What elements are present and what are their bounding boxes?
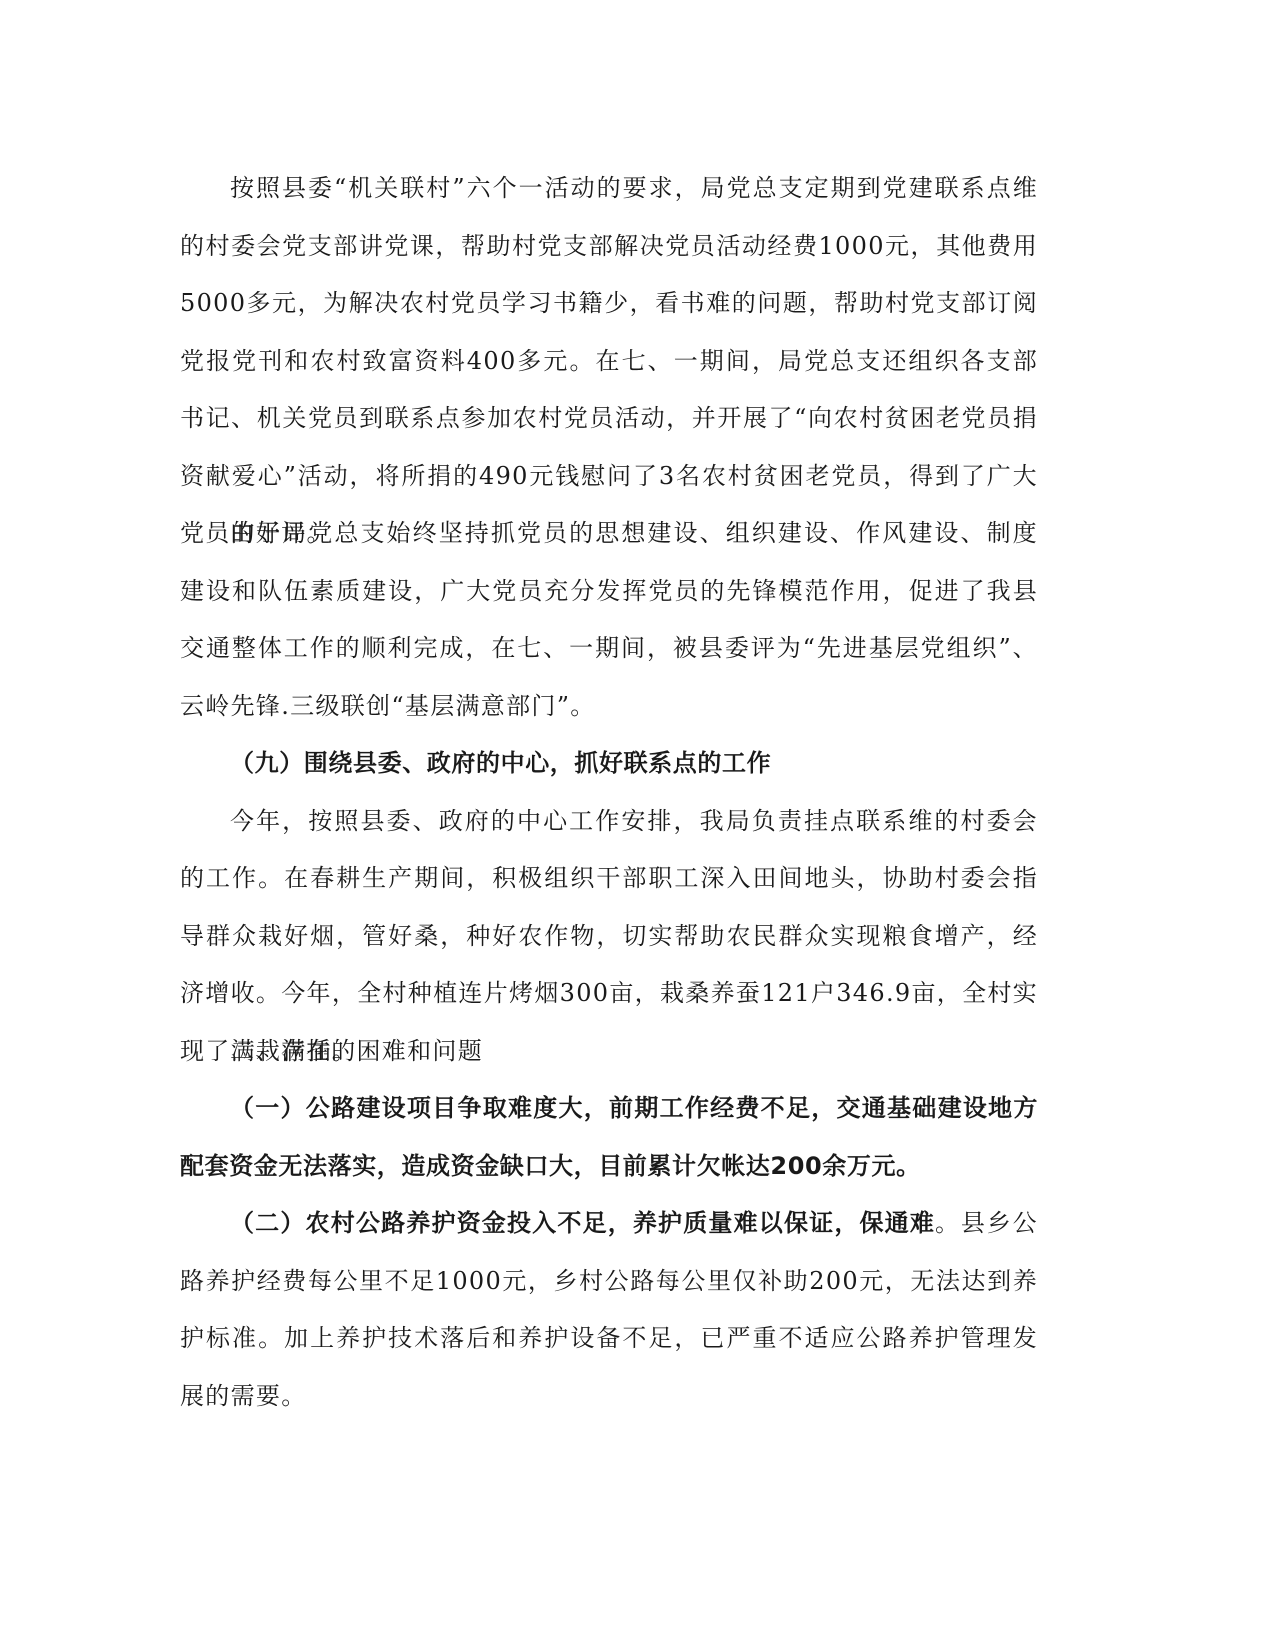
paragraph-liaison-village-work: 今年，按照县委、政府的中心工作安排，我局负责挂点联系维的村委会的工作。在春耕生产… — [180, 793, 1038, 1023]
issue-two-body: 。县乡公路养护经费每公里不足1000元，乡村公路每公里仅补助200元，无法达到养… — [180, 1209, 1038, 1410]
section-heading-difficulties: 二、存在的困难和问题 — [180, 1023, 1038, 1081]
paragraph-issue-two-maintenance: （二）农村公路养护资金投入不足，养护质量难以保证，保通难。县乡公路养护经费每公里… — [180, 1195, 1038, 1425]
paragraph-party-construction-results: 由于局党总支始终坚持抓党员的思想建设、组织建设、作风建设、制度建设和队伍素质建设… — [180, 505, 1038, 735]
section-heading-nine: （九）围绕县委、政府的中心，抓好联系点的工作 — [180, 735, 1038, 793]
issue-two-bold-lead: （二）农村公路养护资金投入不足，养护质量难以保证，保通难 — [230, 1209, 935, 1237]
paragraph-party-branch-activities: 按照县委“机关联村”六个一活动的要求，局党总支定期到党建联系点维的村委会党支部讲… — [180, 160, 1038, 505]
document-page: 按照县委“机关联村”六个一活动的要求，局党总支定期到党建联系点维的村委会党支部讲… — [180, 160, 1038, 1425]
paragraph-issue-one-funding-gap: （一）公路建设项目争取难度大，前期工作经费不足，交通基础建设地方配套资金无法落实… — [180, 1080, 1038, 1195]
